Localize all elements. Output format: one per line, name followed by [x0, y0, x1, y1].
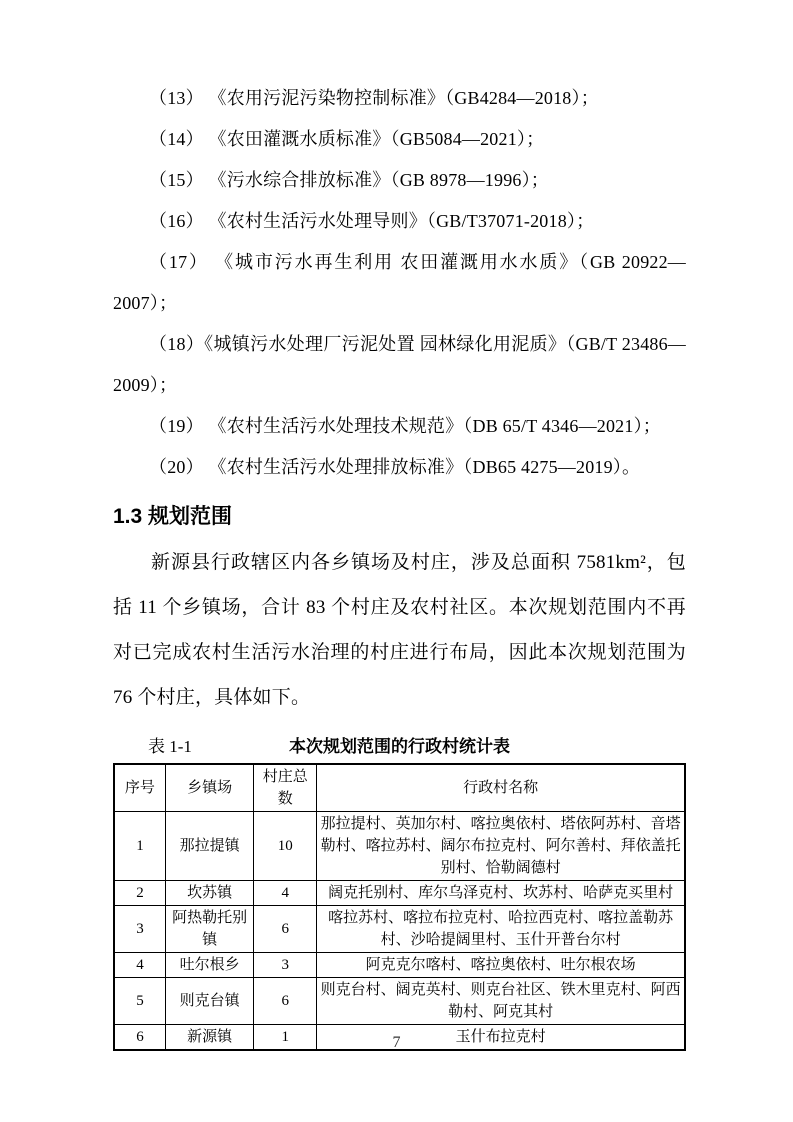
table-cell: 2 — [114, 881, 165, 906]
table-cell: 3 — [254, 953, 317, 978]
table-row: 3阿热勒托别镇6喀拉苏村、喀拉布拉克村、哈拉西克村、喀拉盖勒苏村、沙哈提阔里村、… — [114, 906, 685, 953]
header-village-names: 行政村名称 — [317, 764, 685, 812]
document-page: （13） 《农用污泥污染物控制标准》（GB4284—2018）；（14） 《农田… — [0, 0, 793, 1122]
table-cell: 吐尔根乡 — [165, 953, 254, 978]
table-caption-title: 本次规划范围的行政村统计表 — [289, 737, 510, 756]
header-serial-number: 序号 — [114, 764, 165, 812]
table-row: 5则克台镇6则克台村、阔克英村、则克台社区、铁木里克村、阿西勒村、阿克其村 — [114, 978, 685, 1025]
table-cell: 5 — [114, 978, 165, 1025]
reference-item: （16） 《农村生活污水处理导则》（GB/T37071-2018）； — [113, 201, 686, 242]
table-cell: 阿克克尔喀村、喀拉奥依村、吐尔根农场 — [317, 953, 685, 978]
table-cell: 那拉提镇 — [165, 812, 254, 881]
table-cell: 3 — [114, 906, 165, 953]
reference-standards-list: （13） 《农用污泥污染物控制标准》（GB4284—2018）；（14） 《农田… — [113, 78, 686, 488]
table-caption-label: 表 1-1 — [148, 734, 192, 760]
reference-item: （19） 《农村生活污水处理技术规范》（DB 65/T 4346—2021）； — [113, 406, 686, 447]
reference-item: （17） 《城市污水再生利用 农田灌溉用水水质》（GB 20922—2007）； — [113, 242, 686, 324]
table-cell: 阔克托别村、库尔乌泽克村、坎苏村、哈萨克买里村 — [317, 881, 685, 906]
table-cell: 阿热勒托别镇 — [165, 906, 254, 953]
header-township: 乡镇场 — [165, 764, 254, 812]
table-cell: 4 — [114, 953, 165, 978]
reference-item: （14） 《农田灌溉水质标准》（GB5084—2021）； — [113, 119, 686, 160]
reference-item: （20） 《农村生活污水处理排放标准》（DB65 4275—2019）。 — [113, 447, 686, 488]
table-row: 1那拉提镇10那拉提村、英加尔村、喀拉奥依村、塔依阿苏村、音塔勒村、喀拉苏村、阔… — [114, 812, 685, 881]
table-cell: 4 — [254, 881, 317, 906]
table-cell: 那拉提村、英加尔村、喀拉奥依村、塔依阿苏村、音塔勒村、喀拉苏村、阔尔布拉克村、阿… — [317, 812, 685, 881]
table-cell: 1 — [114, 812, 165, 881]
table-row: 2坎苏镇4阔克托别村、库尔乌泽克村、坎苏村、哈萨克买里村 — [114, 881, 685, 906]
table-cell: 坎苏镇 — [165, 881, 254, 906]
table-cell: 6 — [254, 978, 317, 1025]
table-body: 1那拉提镇10那拉提村、英加尔村、喀拉奥依村、塔依阿苏村、音塔勒村、喀拉苏村、阔… — [114, 812, 685, 1051]
reference-item: （15） 《污水综合排放标准》（GB 8978—1996）； — [113, 160, 686, 201]
page-content: （13） 《农用污泥污染物控制标准》（GB4284—2018）；（14） 《农田… — [113, 78, 686, 1051]
table-cell: 则克台镇 — [165, 978, 254, 1025]
table-cell: 则克台村、阔克英村、则克台社区、铁木里克村、阿西勒村、阿克其村 — [317, 978, 685, 1025]
village-statistics-table: 序号 乡镇场 村庄总数 行政村名称 1那拉提镇10那拉提村、英加尔村、喀拉奥依村… — [113, 763, 686, 1051]
table-row: 4吐尔根乡3阿克克尔喀村、喀拉奥依村、吐尔根农场 — [114, 953, 685, 978]
section-heading: 1.3 规划范围 — [113, 502, 686, 532]
table-cell: 6 — [254, 906, 317, 953]
reference-item: （13） 《农用污泥污染物控制标准》（GB4284—2018）； — [113, 78, 686, 119]
page-number: 7 — [0, 1034, 793, 1052]
body-paragraph: 新源县行政辖区内各乡镇场及村庄，涉及总面积 7581km²，包括 11 个乡镇场… — [113, 540, 686, 720]
table-cell: 10 — [254, 812, 317, 881]
reference-item: （18）《城镇污水处理厂污泥处置 园林绿化用泥质》（GB/T 23486—200… — [113, 324, 686, 406]
table-caption: 表 1-1 本次规划范围的行政村统计表 — [113, 734, 686, 760]
header-village-total: 村庄总数 — [254, 764, 317, 812]
table-cell: 喀拉苏村、喀拉布拉克村、哈拉西克村、喀拉盖勒苏村、沙哈提阔里村、玉什开普台尔村 — [317, 906, 685, 953]
table-header-row: 序号 乡镇场 村庄总数 行政村名称 — [114, 764, 685, 812]
